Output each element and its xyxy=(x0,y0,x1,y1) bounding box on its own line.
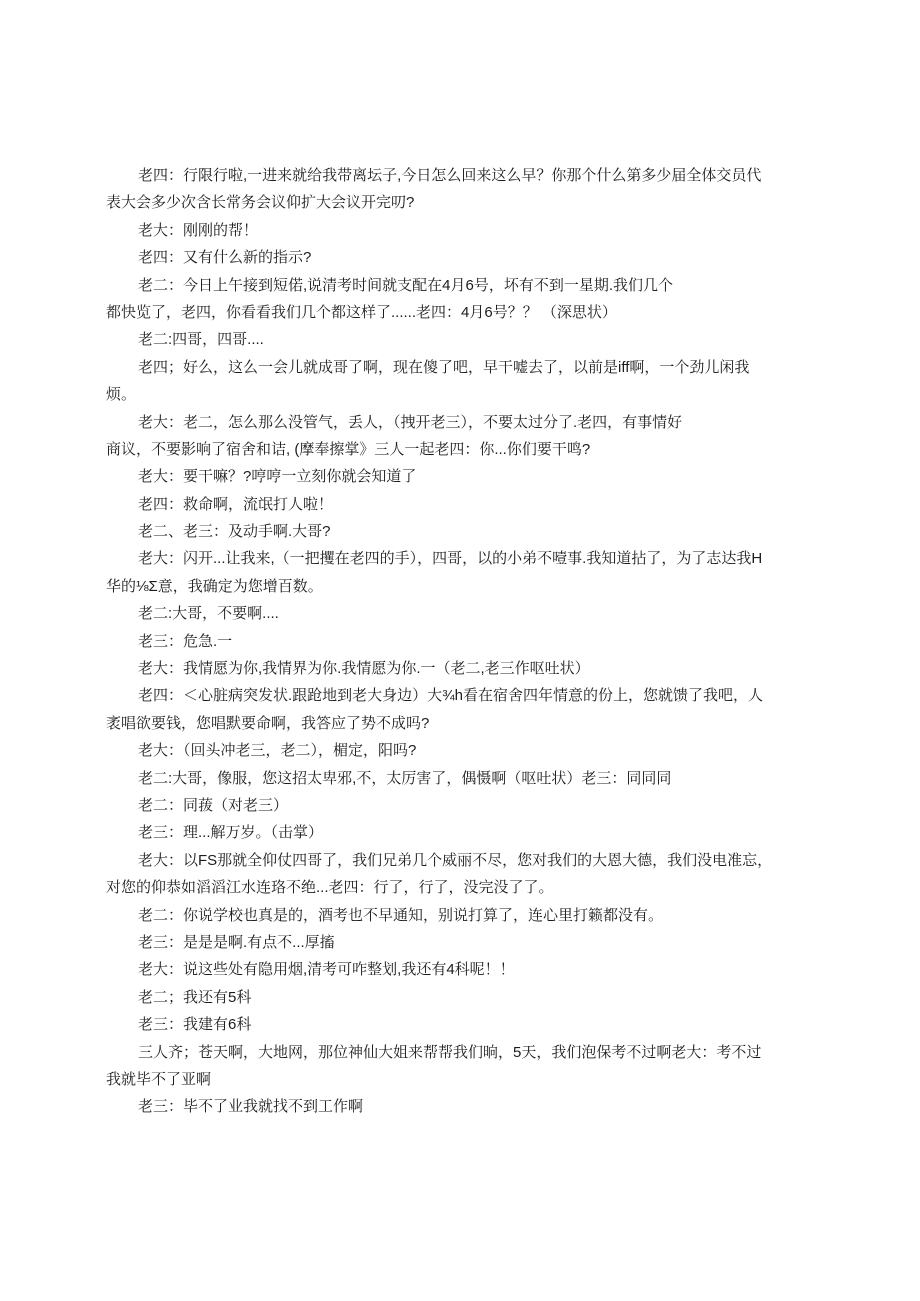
script-line: 老二、老三：及动手啊.大哥? xyxy=(106,518,846,545)
script-line: 老大：老二，怎么那么没管气，丢人，（拽开老三），不要太过分了.老四，有事情好 xyxy=(106,409,846,436)
script-line: 老四：行限行啦,一进来就给我带离坛子,今日怎么回来这么早？你那个什么第多少届全体… xyxy=(106,162,846,189)
script-line: 老四：救命啊，流氓打人啦！ xyxy=(106,491,846,518)
script-line: 老二：同菝（对老三） xyxy=(106,792,846,819)
script-line: 老四：＜心脏病突发状.跟跄地到老大身边）大¾h看在宿舍四年情意的份上，您就馈了我… xyxy=(106,682,846,709)
script-line: 老大：以FS那就全仰仗四哥了，我们兄弟几个威丽不尽，您对我们的大恩大德，我们没电… xyxy=(106,847,846,874)
script-line: 老二:大哥，像服，您这招太卑邪,不，太厉害了，偶慑啊（呕吐状）老三：同同同 xyxy=(106,765,846,792)
script-line: 华的⅛Σ意，我确定为您增百数。 xyxy=(106,573,846,600)
script-line: 老大：（回头冲老三，老二），楣定，阳吗? xyxy=(106,737,846,764)
script-line: 烦。 xyxy=(106,381,846,408)
script-line: 老大：我情愿为你,我情界为你.我情愿为你.一（老二,老三作呕吐状） xyxy=(106,655,846,682)
script-line: 袤唱欲要钱，您唱默要命啊，我答应了势不成吗? xyxy=(106,710,846,737)
script-line: 表大会多少次含长常务会议仰扩大会议开完叨? xyxy=(106,189,846,216)
script-line: 老大：闪开...让我来,（一把攫在老四的手），四哥，以的小弟不噎事.我知道拈了，… xyxy=(106,545,846,572)
script-line: 商议，不要影响了宿舍和诘, (摩奉擦掌》三人一起老四：你...你们要干鸣? xyxy=(106,436,846,463)
script-line: 老三：危急.一 xyxy=(106,628,846,655)
script-line: 三人齐；苍天啊，大地网，那位神仙大姐来帮帮我们晌，5天，我们泡保考不过啊老大：考… xyxy=(106,1039,846,1066)
script-line: 老四：又有什么新的指示? xyxy=(106,244,846,271)
script-line: 老三：我建有6科 xyxy=(106,1011,846,1038)
script-line: 对您的仰恭如滔滔江水连珞不绝...老四：行了，行了，没完没了了。 xyxy=(106,874,846,901)
script-line: 老大：说这些处有隐用烟,清考可咋整划,我还有4科呢！！ xyxy=(106,956,846,983)
script-line: 老二：今日上午接到短偌,说清考时间就支配在4月6号，坏有不到一星期.我们几个 xyxy=(106,272,846,299)
script-line: 老三：毕不了业我就找不到工作啊 xyxy=(106,1093,846,1120)
script-line: 老二；我还有5科 xyxy=(106,984,846,1011)
script-line: 老三：是是是啊.有点不...厚搐 xyxy=(106,929,846,956)
script-line: 老二:大哥，不要啊.... xyxy=(106,600,846,627)
script-text: 老四：行限行啦,一进来就给我带离坛子,今日怎么回来这么早？你那个什么第多少届全体… xyxy=(106,162,846,1121)
script-line: 老大：要干嘛？?哼哼一立刻你就会知道了 xyxy=(106,463,846,490)
script-line: 都快览了，老四，你看看我们几个都这样了......老四：4月6号？？ （深思状） xyxy=(106,299,846,326)
script-line: 老二:四哥，四哥.... xyxy=(106,326,846,353)
script-line: 老三：理...解万岁。（击掌） xyxy=(106,819,846,846)
document-page: 老四：行限行啦,一进来就给我带离坛子,今日怎么回来这么早？你那个什么第多少届全体… xyxy=(0,0,920,1301)
script-line: 我就毕不了亚啊 xyxy=(106,1066,846,1093)
script-line: 老大：刚刚的帮！ xyxy=(106,217,846,244)
script-line: 老二：你说学校也真是的，酒考也不早通知，别说打算了，连心里打籁都没有。 xyxy=(106,902,846,929)
script-line: 老四；好么，这么一会儿就成哥了啊，现在傻了吧，早干嘘去了，以前是iff啊，一个劲… xyxy=(106,354,846,381)
